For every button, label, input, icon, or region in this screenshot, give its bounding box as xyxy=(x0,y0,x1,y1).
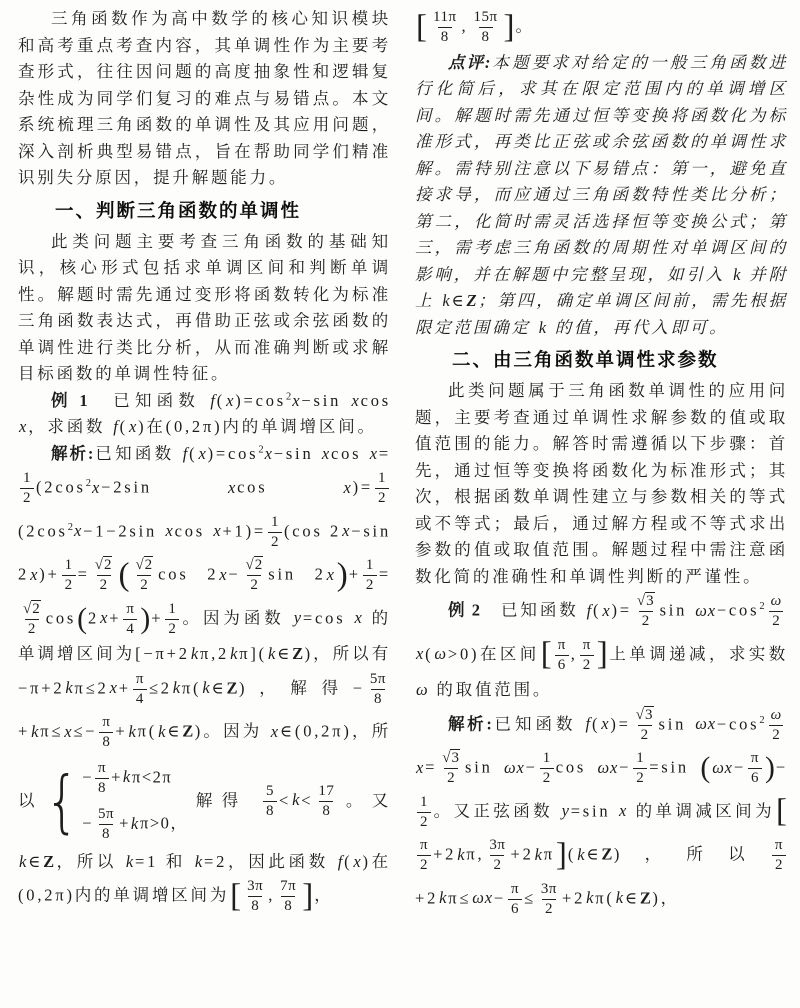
math-variable: x xyxy=(415,758,425,777)
denominator: 8 xyxy=(248,896,262,915)
denominator: 2 xyxy=(363,575,377,594)
denominator: 2 xyxy=(62,575,76,594)
denominator: 8 xyxy=(99,824,113,843)
big-bracket: ) xyxy=(140,606,150,633)
text-run: ( xyxy=(592,714,600,733)
numerator: 7π xyxy=(277,878,299,896)
fraction: π2 xyxy=(417,837,431,875)
math-variable: k xyxy=(441,291,451,310)
math-variable: k xyxy=(201,678,211,697)
intro-paragraph: 三角函数作为高中数学的核心知识模块和高考重点考查内容，其单调性作为主要考查形式，… xyxy=(18,6,391,192)
math-variable: ωx xyxy=(503,758,526,777)
numerator: 1 xyxy=(62,557,76,575)
example-1-comment: 点评:本题要求对给定的一般三角函数进行化简后，求其在限定范围内的单调增区间。解题… xyxy=(415,50,788,342)
fraction: 11π8 xyxy=(430,9,460,47)
text-run: ( xyxy=(217,391,225,410)
math-variable: y xyxy=(293,608,303,627)
math-variable: k xyxy=(122,767,132,786)
fraction: √22 xyxy=(132,557,156,595)
example-1-solution: 解析:已知函数 f(x)=cos2x−sin xcos x=12(2cos2x−… xyxy=(18,441,391,919)
text-run: +1)= xyxy=(222,521,266,540)
fraction: π8 xyxy=(99,714,113,752)
denominator: 8 xyxy=(99,732,113,751)
text-run: π≤ xyxy=(448,888,471,907)
denominator: 8 xyxy=(371,689,385,708)
denominator: 2 xyxy=(20,488,34,507)
fraction: √22 xyxy=(92,557,116,595)
text-run: −cos xyxy=(717,601,760,620)
text-run: (cos 2 xyxy=(284,521,341,540)
math-variable: k xyxy=(125,852,135,871)
fraction: 3π2 xyxy=(538,881,560,919)
math-variable: k xyxy=(172,678,182,697)
text-run: + xyxy=(111,767,122,786)
text-run: ∈ xyxy=(586,845,601,864)
denominator: 2 xyxy=(375,488,389,507)
text-run: 已知函数 xyxy=(95,444,182,463)
denominator: 2 xyxy=(542,899,556,918)
bold-label: Z xyxy=(640,888,653,907)
denominator: 6 xyxy=(508,899,522,918)
text-run: π≤2 xyxy=(75,678,109,697)
denominator: 4 xyxy=(123,619,137,638)
math-variable: x xyxy=(321,444,331,463)
text-run: 1 xyxy=(168,601,176,617)
text-run: , xyxy=(571,644,578,663)
math-variable: x xyxy=(218,565,228,584)
text-run: 2 xyxy=(378,490,386,506)
text-run: =cos xyxy=(303,608,354,627)
math-variable: k xyxy=(18,852,28,871)
math-variable: y xyxy=(561,801,571,820)
text-run: ∈ xyxy=(625,888,640,907)
text-run: )= xyxy=(353,478,373,497)
math-variable: k xyxy=(291,790,301,809)
text-run: 8 xyxy=(98,780,106,796)
text-run: )， xyxy=(652,888,680,907)
text-run: 5π xyxy=(98,806,114,822)
big-bracket: ] xyxy=(504,13,515,43)
text-run: 已知函数 xyxy=(482,601,586,620)
big-bracket: ] xyxy=(302,882,313,912)
fraction: 12 xyxy=(633,750,647,788)
math-variable: f xyxy=(337,852,344,871)
text-run: )，所以 xyxy=(614,845,770,864)
text-run: 1 xyxy=(378,470,386,486)
big-bracket: ] xyxy=(556,841,567,871)
bold-label: Z xyxy=(43,852,56,871)
text-run: 8 xyxy=(102,734,110,750)
numerator: √2 xyxy=(243,557,267,575)
denominator: 2 xyxy=(444,768,458,787)
denominator: 2 xyxy=(417,855,431,874)
text-run: 2 xyxy=(28,621,36,637)
text-run: + xyxy=(151,608,163,627)
text-run: )=cos xyxy=(208,444,259,463)
square-root: √2 xyxy=(23,600,41,617)
denominator: 8 xyxy=(95,778,109,797)
text-run: 8 xyxy=(266,803,274,819)
text-run: = xyxy=(425,758,437,777)
text-run: sin xyxy=(465,758,503,777)
radicand: 3 xyxy=(644,706,654,723)
math-variable: x xyxy=(227,478,237,497)
text-run: π xyxy=(751,750,759,766)
numerator: √2 xyxy=(92,557,116,575)
math-variable: x xyxy=(264,444,274,463)
fraction: 5π8 xyxy=(367,671,389,709)
math-variable: x xyxy=(164,521,174,540)
fraction: π6 xyxy=(748,750,762,788)
big-bracket: [ xyxy=(416,13,427,43)
bold-label: Z xyxy=(292,644,305,663)
fraction: √32 xyxy=(439,750,463,788)
text-run: < xyxy=(279,790,291,809)
text-run: 三角函数作为高中数学的核心知识模块和高考重点考查内容，其单调性作为主要考查形式，… xyxy=(18,9,391,187)
numerator: 1 xyxy=(20,470,34,488)
text-run: 8 xyxy=(102,826,110,842)
math-variable: x xyxy=(73,521,83,540)
text-run: 7π xyxy=(280,878,296,894)
text-run: + xyxy=(349,565,361,584)
math-variable: ω xyxy=(770,593,783,609)
text-run: π<2π xyxy=(132,767,172,786)
denominator: 2 xyxy=(639,611,653,630)
text-run: ，求函数 xyxy=(28,417,112,436)
text-run: 。又 xyxy=(339,790,391,809)
text-run: 2 xyxy=(636,770,644,786)
math-variable: x xyxy=(600,714,610,733)
section-1-intro: 此类问题主要考查三角函数的基础知识，核心形式包括求单调区间和判断单调性。解题时需… xyxy=(18,229,391,388)
cases-rows: −π8+kπ<2π−5π8+kπ>0， xyxy=(82,757,188,847)
text-run: )=cos xyxy=(235,391,286,410)
denominator: 2 xyxy=(638,725,652,744)
denominator: 2 xyxy=(769,611,783,630)
section-2-intro: 此类问题属于三角函数单调性的应用问题，主要考查通过单调性求解参数的值或取值范围的… xyxy=(415,378,788,590)
radicand: 2 xyxy=(31,600,41,617)
math-variable: x xyxy=(29,565,39,584)
text-run: 2 xyxy=(642,613,650,629)
text-run: 5π xyxy=(370,671,386,687)
text-run: 2 xyxy=(88,608,99,627)
fraction: ω2 xyxy=(767,593,786,631)
text-run: 的值，再代入即可。 xyxy=(548,318,729,337)
bold-label: Z xyxy=(467,291,479,310)
numerator: π xyxy=(95,760,109,778)
denominator: 6 xyxy=(555,655,569,674)
fraction: 3π8 xyxy=(244,878,266,916)
numerator: 5π xyxy=(95,806,117,824)
denominator: 2 xyxy=(165,619,179,638)
numerator: 1 xyxy=(375,470,389,488)
fraction: π4 xyxy=(123,601,137,639)
text-run: 5 xyxy=(266,783,274,799)
fraction: 15π8 xyxy=(470,9,500,47)
numerator: 15π xyxy=(470,9,500,27)
math-variable: x xyxy=(91,478,101,497)
text-run: −2sin xyxy=(101,478,227,497)
text-run: 此类问题属于三角函数单调性的应用问题，主要考查通过单调性求解参数的值或取值范围的… xyxy=(415,381,788,586)
denominator: 2 xyxy=(247,575,261,594)
denominator: 2 xyxy=(490,855,504,874)
text-run: 的取值范围。 xyxy=(429,680,552,699)
math-variable: x xyxy=(415,644,425,663)
math-variable: ωx xyxy=(694,601,717,620)
text-run: sin xyxy=(660,601,695,620)
radical-sign: √ xyxy=(95,557,103,573)
math-variable: k xyxy=(585,888,595,907)
numerator: π xyxy=(99,714,113,732)
text-run: + xyxy=(119,678,131,697)
text-run: >0)在区间 xyxy=(448,644,540,663)
text-run: 2 xyxy=(168,621,176,637)
text-run: 上单调递减，求实数 xyxy=(609,644,788,663)
text-run: 6 xyxy=(511,901,519,917)
text-run: 2 xyxy=(641,727,649,743)
numerator: 11π xyxy=(430,9,460,27)
denominator: 2 xyxy=(268,532,282,551)
fraction: 12 xyxy=(268,514,282,552)
denominator: 6 xyxy=(748,768,762,787)
math-variable: k xyxy=(128,722,138,741)
math-variable: f xyxy=(586,601,593,620)
text-run: + xyxy=(18,722,30,741)
text-run: 2 xyxy=(65,577,73,593)
text-run: ∈ xyxy=(167,722,182,741)
fraction: √22 xyxy=(20,601,44,639)
text-run: −cos xyxy=(717,714,760,733)
denominator: 8 xyxy=(438,27,452,46)
text-run: π≤ xyxy=(40,722,63,741)
radical-sign: √ xyxy=(23,601,31,617)
text-run: ( xyxy=(568,845,576,864)
math-variable: x xyxy=(99,608,109,627)
numerator: √2 xyxy=(132,557,156,575)
text-run: )= xyxy=(610,714,630,733)
text-run: 8 xyxy=(441,29,449,45)
text-run: − xyxy=(619,758,631,777)
text-run: ∈ xyxy=(211,678,226,697)
text-run: , xyxy=(268,886,275,905)
math-variable: x xyxy=(63,722,73,741)
math-variable: x xyxy=(342,478,352,497)
square-root: √3 xyxy=(637,592,655,609)
math-variable: x xyxy=(618,801,628,820)
numerator: 1 xyxy=(633,750,647,768)
math-variable: k xyxy=(190,644,200,663)
text-run: )。因为 xyxy=(195,722,270,741)
text-run: π xyxy=(511,881,519,897)
text-run: cos xyxy=(175,521,213,540)
math-variable: k xyxy=(732,265,742,284)
numerator: 5 xyxy=(263,783,277,801)
text-run: 的单调减区间为 xyxy=(628,801,775,820)
math-variable: k xyxy=(438,888,448,907)
text-run: ≤ xyxy=(524,888,536,907)
text-run: 3π xyxy=(489,837,505,853)
text-run: π]( xyxy=(239,644,267,663)
numerator: √3 xyxy=(633,707,657,725)
text-run: − xyxy=(494,888,506,907)
numerator: 1 xyxy=(540,750,554,768)
numerator: 5π xyxy=(367,671,389,689)
text-run: 。又正弦函数 xyxy=(433,801,561,820)
text-run: π xyxy=(126,601,134,617)
bold-label: 解析: xyxy=(51,444,95,463)
numerator: π xyxy=(555,637,569,655)
math-variable: k xyxy=(538,318,548,337)
left-column: 三角函数作为高中数学的核心知识模块和高考重点考查内容，其单调性作为主要考查形式，… xyxy=(18,6,391,1008)
text-run: 2 xyxy=(493,857,501,873)
denominator: 4 xyxy=(133,689,147,708)
math-variable: x xyxy=(291,391,301,410)
numerator: 17 xyxy=(315,783,337,801)
math-variable: k xyxy=(534,845,544,864)
radicand: 2 xyxy=(254,556,264,573)
text-run: cos xyxy=(361,391,391,410)
radical-sign: √ xyxy=(246,557,254,573)
document-page: 三角函数作为高中数学的核心知识模块和高考重点考查内容，其单调性作为主要考查形式，… xyxy=(0,0,800,1008)
fraction: 3π2 xyxy=(486,837,508,875)
fraction: 12 xyxy=(417,794,431,832)
section-1-heading: 一、判断三角函数的单调性 xyxy=(18,196,391,226)
math-variable: k xyxy=(576,845,586,864)
text-run: +2 xyxy=(415,888,438,907)
text-run: −sin xyxy=(274,444,321,463)
math-variable: ωx xyxy=(471,888,494,907)
text-run: cos xyxy=(556,758,597,777)
math-variable: x xyxy=(350,391,360,410)
text-run: 4 xyxy=(136,691,144,707)
square-root: √3 xyxy=(636,706,654,723)
text-run: − xyxy=(776,758,788,777)
left-brace: { xyxy=(45,768,79,836)
text-run: 2 xyxy=(772,727,780,743)
denominator: 8 xyxy=(281,896,295,915)
text-run: )= xyxy=(611,601,631,620)
denominator: 2 xyxy=(633,768,647,787)
text-run: =sin xyxy=(571,801,618,820)
big-bracket: [ xyxy=(776,797,787,827)
fraction: 12 xyxy=(540,750,554,788)
text-run: = xyxy=(379,444,391,463)
fraction: 12 xyxy=(363,557,377,595)
text-run: π( xyxy=(182,678,201,697)
big-bracket: ( xyxy=(118,561,129,591)
math-variable: f xyxy=(585,714,592,733)
text-run: 2 xyxy=(543,770,551,786)
denominator: 2 xyxy=(137,575,151,594)
text-run: 此类问题主要考查三角函数的基础知识，核心形式包括求单调区间和判断单调性。解题时需… xyxy=(18,232,391,384)
numerator: π xyxy=(508,881,522,899)
text-run: (2cos xyxy=(36,478,86,497)
text-run: ， xyxy=(314,886,333,905)
math-variable: x xyxy=(212,521,222,540)
numerator: ω xyxy=(767,593,786,611)
fraction: π8 xyxy=(95,760,109,798)
text-run: 。 xyxy=(516,17,535,36)
denominator: 2 xyxy=(25,619,39,638)
cases-row: −5π8+kπ>0， xyxy=(82,803,188,847)
radicand: 2 xyxy=(144,556,154,573)
big-bracket: ( xyxy=(77,606,87,633)
fraction: √22 xyxy=(243,557,267,595)
math-variable: ω xyxy=(415,680,429,699)
numerator: 1 xyxy=(268,514,282,532)
text-run: 1 xyxy=(366,557,374,573)
numerator: π xyxy=(123,601,137,619)
text-run: < xyxy=(301,790,313,809)
numerator: π xyxy=(580,637,594,655)
denominator: 2 xyxy=(580,655,594,674)
text-run: )+ xyxy=(39,565,59,584)
math-variable: x xyxy=(369,444,379,463)
math-variable: k xyxy=(194,852,204,871)
math-variable: ω xyxy=(770,707,783,723)
numerator: π xyxy=(417,837,431,855)
example-1-solution-continued: [11π8,15π8]。 xyxy=(415,6,788,50)
numerator: 1 xyxy=(165,601,179,619)
comment-label: 点评: xyxy=(448,53,492,72)
text-run: )，解得− xyxy=(239,678,365,697)
text-run: 2 xyxy=(250,577,258,593)
superscript: 2 xyxy=(759,601,764,612)
radicand: 3 xyxy=(645,592,655,609)
numerator: π xyxy=(133,671,147,689)
fraction: 12 xyxy=(165,601,179,639)
radical-sign: √ xyxy=(135,557,143,573)
math-variable: k xyxy=(157,722,167,741)
text-run: 8 xyxy=(322,803,330,819)
denominator: 2 xyxy=(417,812,431,831)
text-run: 2 xyxy=(420,814,428,830)
text-run: 6 xyxy=(751,770,759,786)
math-variable: ωx xyxy=(694,714,717,733)
math-variable: k xyxy=(456,845,466,864)
math-variable: k xyxy=(130,814,140,833)
bold-label: 解析: xyxy=(448,714,493,733)
bold-label: Z xyxy=(182,722,195,741)
text-run: 15π xyxy=(473,9,497,25)
numerator: 1 xyxy=(363,557,377,575)
fraction: π2 xyxy=(580,637,594,675)
radicand: 3 xyxy=(450,749,460,766)
example-2: 例 2 已知函数 f(x)=√32sin ωx−cos2ω2x(ω>0)在区间[… xyxy=(415,590,788,704)
text-run: 1 xyxy=(543,750,551,766)
square-root: √3 xyxy=(442,749,460,766)
text-run: π( xyxy=(595,888,614,907)
text-run: +2 xyxy=(511,845,534,864)
right-column: [11π8,15π8]。点评:本题要求对给定的一般三角函数进行化简后，求其在限定… xyxy=(415,6,788,1008)
denominator: 2 xyxy=(769,725,783,744)
math-variable: x xyxy=(352,852,362,871)
math-variable: x xyxy=(225,391,235,410)
text-run: 解得 xyxy=(189,790,261,809)
bold-label: 例 1 xyxy=(51,391,89,410)
radical-sign: √ xyxy=(637,593,645,609)
example-2-solution: 解析:已知函数 f(x)=√32sin ωx−cos2ω2x=√32sin ωx… xyxy=(415,704,788,922)
bold-label: Z xyxy=(227,678,240,697)
fraction: ω2 xyxy=(767,707,786,745)
text-run: π>0， xyxy=(140,814,188,833)
radical-sign: √ xyxy=(636,707,644,723)
text-run: π xyxy=(98,760,106,776)
fraction: 12 xyxy=(375,470,389,508)
text-run: = xyxy=(379,565,391,584)
text-run: 8 xyxy=(374,691,382,707)
big-bracket: ( xyxy=(700,755,710,782)
math-variable: x xyxy=(341,521,351,540)
